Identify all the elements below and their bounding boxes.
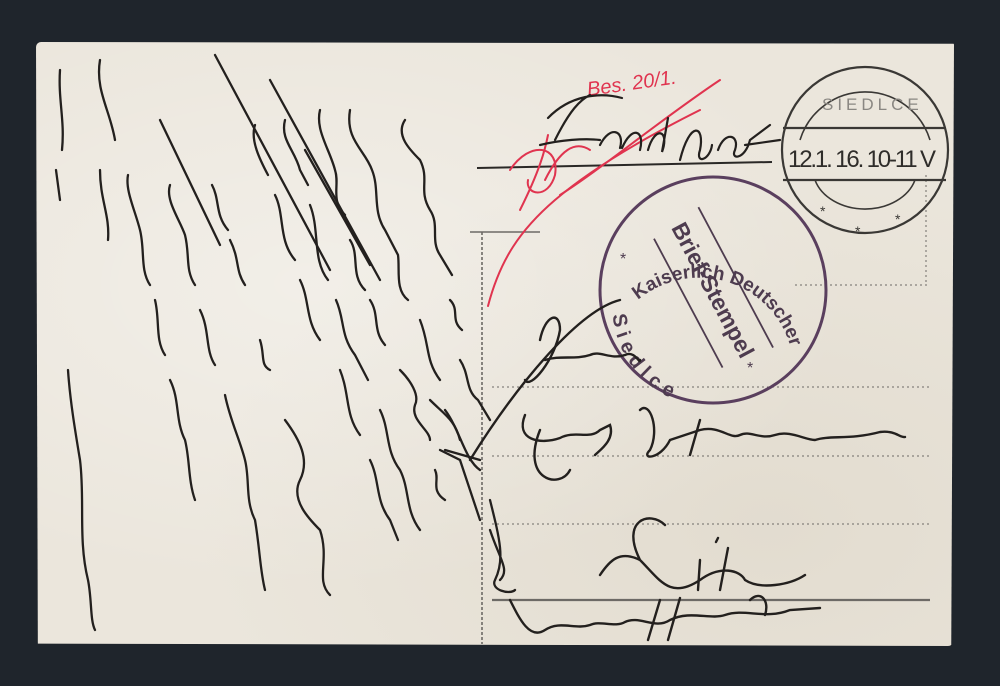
address-handwriting xyxy=(470,300,905,640)
svg-text:12.1. 16. 10-11 V: 12.1. 16. 10-11 V xyxy=(788,146,936,173)
censor-stamp: Kaiserlich Deutscher Kreischef Siedlce B… xyxy=(0,0,826,405)
svg-text:*: * xyxy=(895,211,901,227)
postmark-siedlce: 12.1. 16. 10-11 V SIEDLCE * * * xyxy=(782,67,948,239)
svg-text:*: * xyxy=(747,360,753,377)
svg-text:*: * xyxy=(820,203,826,219)
svg-text:*: * xyxy=(620,251,626,268)
svg-text:SIEDLCE: SIEDLCE xyxy=(822,95,923,114)
feldpost-handwriting xyxy=(540,95,780,160)
postcard-artwork: 12.1. 16. 10-11 V SIEDLCE * * * Kaiserli… xyxy=(0,0,1000,686)
message-handwriting xyxy=(56,55,515,630)
svg-text:Siedlce: Siedlce xyxy=(607,312,683,405)
svg-text:*: * xyxy=(855,223,861,239)
feldpost-underline xyxy=(477,162,772,168)
